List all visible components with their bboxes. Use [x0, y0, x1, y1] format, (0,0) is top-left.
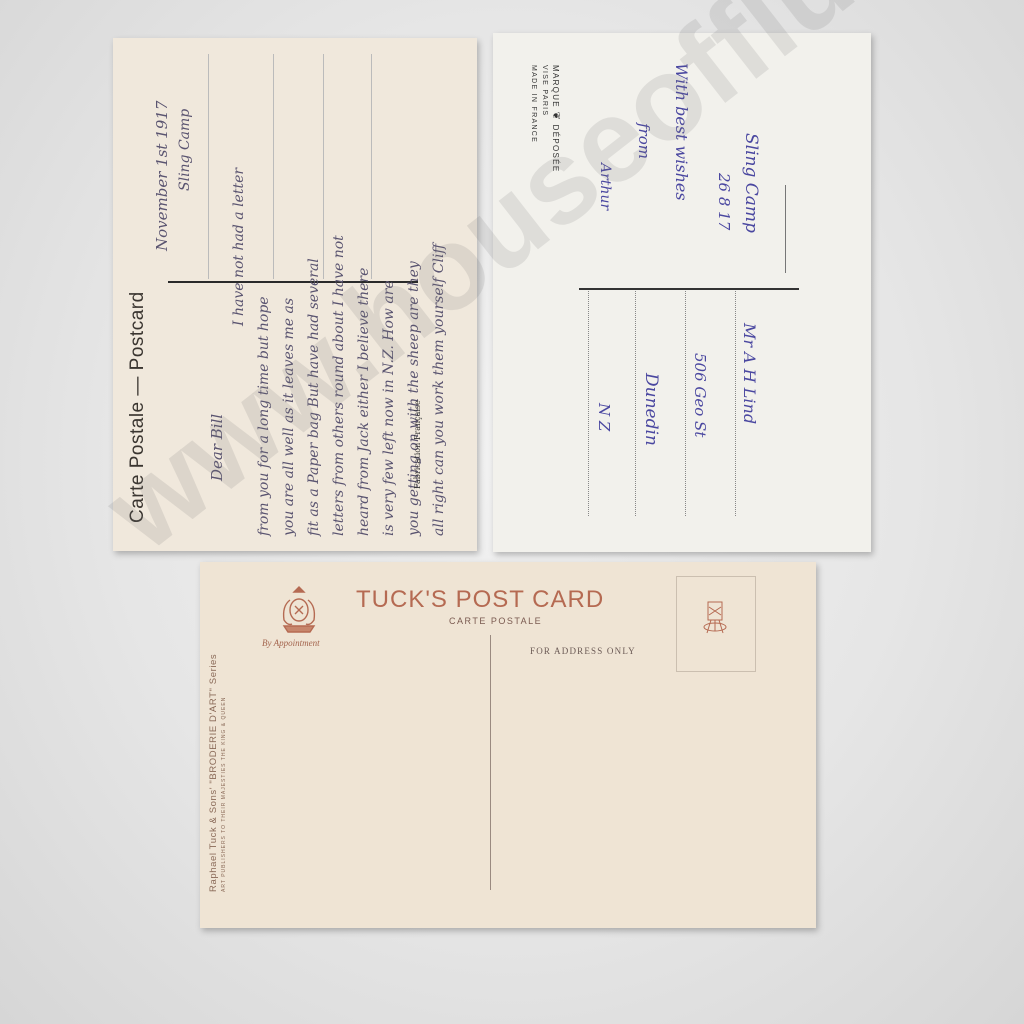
made-in-france-text: MADE IN FRANCE — [528, 65, 539, 172]
address-line — [323, 54, 324, 279]
handwritten-line: you getting on with the sheep are they — [406, 261, 422, 536]
signature-line — [784, 185, 786, 273]
handwritten-line: fit as a Paper bag But have had several — [306, 258, 322, 536]
handwritten-message: from — [635, 123, 653, 159]
handwritten-address: 506 Geo St — [691, 353, 709, 437]
publisher-small-text: ART PUBLISHERS TO THEIR MAJESTIES THE KI… — [221, 654, 227, 892]
handwritten-message: With best wishes — [672, 63, 691, 201]
handwritten-salutation: Dear Bill — [208, 414, 226, 481]
address-line — [587, 291, 589, 516]
handwritten-place: Sling Camp — [177, 109, 193, 191]
easel-palette-icon — [701, 599, 729, 639]
carte-postale-postcard: Carte Postale — Postcard November 1st 19… — [113, 38, 477, 551]
handwritten-address: N Z — [595, 403, 613, 431]
handwritten-line: from you for a long time but hope — [256, 296, 272, 536]
handwritten-date: November 1st 1917 — [153, 101, 171, 251]
monogram-logo-icon: ❦ — [550, 111, 561, 121]
handwritten-line: all right can you work them yourself Cli… — [431, 244, 447, 536]
handwritten-line: is very few left now in N.Z. How are — [381, 280, 397, 536]
handwritten-place: Sling Camp — [741, 133, 761, 233]
printer-mark: Fabrication Française — [413, 400, 422, 489]
deposee-text: DÉPOSÉE — [551, 125, 560, 173]
card-title: TUCK'S POST CARD — [356, 586, 604, 614]
address-line — [684, 291, 686, 516]
by-appointment-text: By Appointment — [262, 638, 320, 648]
publisher-side-text: Raphael Tuck & Sons' "BRODERIE D'ART" Se… — [208, 654, 227, 892]
address-line — [634, 291, 636, 516]
vise-paris-text: VISE PARIS — [539, 65, 550, 172]
address-line — [371, 54, 372, 279]
publisher-mark: MARQUE ❦ DÉPOSÉE VISE PARIS MADE IN FRAN… — [528, 65, 561, 172]
marque-text: MARQUE — [551, 65, 560, 108]
stamp-box — [676, 576, 756, 672]
handwritten-signature: Arthur — [597, 163, 613, 210]
card-subtitle: CARTE POSTALE — [449, 616, 542, 626]
address-line — [734, 291, 736, 516]
handwritten-address: Dunedin — [641, 373, 661, 446]
address-label: FOR ADDRESS ONLY — [530, 646, 636, 656]
marque-deposee-postcard: MARQUE ❦ DÉPOSÉE VISE PARIS MADE IN FRAN… — [493, 33, 871, 552]
address-line — [273, 54, 274, 279]
divider-line — [579, 288, 799, 290]
series-text: Raphael Tuck & Sons' "BRODERIE D'ART" Se… — [208, 654, 219, 892]
card-heading: Carte Postale — Postcard — [127, 291, 149, 523]
tucks-postcard: By Appointment TUCK'S POST CARD CARTE PO… — [200, 562, 816, 928]
handwritten-date: 26 8 17 — [715, 173, 733, 230]
address-line — [208, 54, 209, 279]
handwritten-line: I have not had a letter — [231, 168, 247, 326]
handwritten-line: letters from others round about I have n… — [331, 235, 347, 536]
handwritten-address: Mr A H Lind — [740, 323, 759, 424]
handwritten-line: heard from Jack either I believe there — [356, 268, 372, 536]
handwritten-line: you are all well as it leaves me as — [281, 298, 297, 536]
royal-crest-icon — [276, 586, 322, 634]
divider-line — [490, 635, 491, 890]
